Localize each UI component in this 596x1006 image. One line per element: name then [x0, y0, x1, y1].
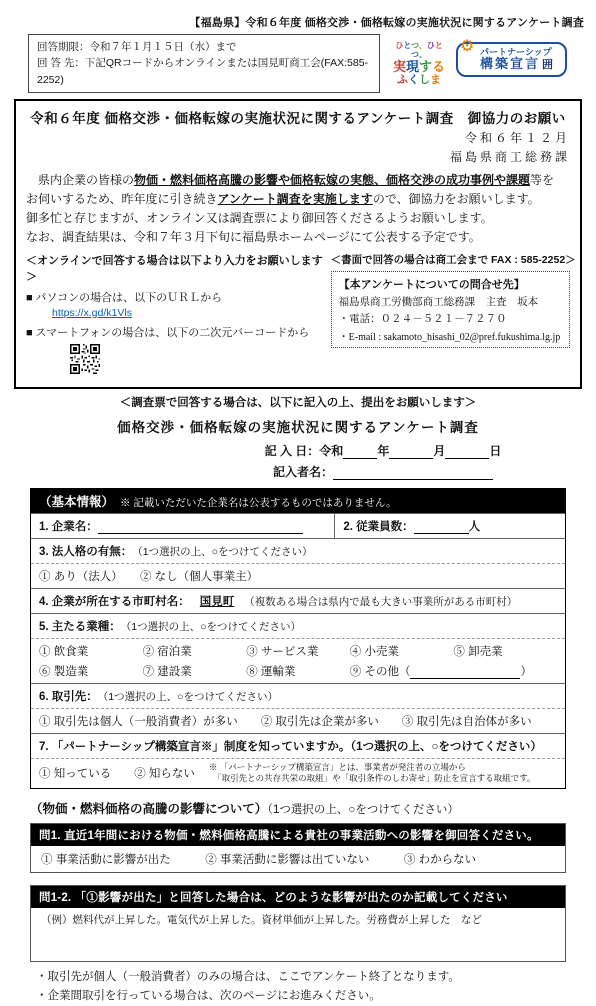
end-note-b2b: ・企業間取引を行っている場合は、次のページにお進みください。 [36, 987, 566, 1006]
contact-email: ・E-mail : sakamoto_hisashi_02@pref.fukus… [339, 328, 562, 343]
question1-bar: 問1. 直近1年間における物価・燃料価格高騰による貴社の事業活動への影響を御回答… [31, 824, 565, 846]
contact-department: 福島県商工労働部商工総務課 主査 坂本 [339, 294, 562, 309]
contact-title: 【本アンケートについての問合せ先】 [339, 276, 562, 292]
qr-code [70, 344, 100, 374]
fill-date-day-blank[interactable] [445, 446, 489, 459]
question1-2-example[interactable]: （例）燃料代が上昇した。電気代が上昇した。資材単価が上昇した。労務費が上昇した … [31, 908, 565, 961]
fill-date-line: 記 入 日：令和年月日 [0, 442, 596, 459]
form-title: 価格交渉・価格転嫁の実施状況に関するアンケート調査 [0, 416, 596, 436]
document-page: { "page": { "top_title": "【福島県】令和６年度 価格交… [0, 0, 596, 1006]
row-company-employees: 1. 企業名： 2. 従業員数：人 [31, 513, 565, 538]
q7-options[interactable]: ① 知っている ② 知らない [39, 765, 195, 781]
q5-options-row2: ⑥ 製造業 ⑦ 建設業 ⑧ 運輸業 ⑨ その他（） [31, 663, 565, 683]
q5-option-2[interactable]: ② 宿泊業 [143, 643, 247, 659]
reply-deadline-box: 回答期限：令和７年１月１５日（水）まで 回 答 先：下記QRコードからオンライン… [28, 34, 380, 93]
q5-option-9[interactable]: ⑨ その他（） [350, 663, 557, 679]
q7-footnote: ※ 「パートナーシップ構築宣言」とは、事業者が発注者の立場から 「取引先との共存… [209, 762, 536, 785]
intro-date: 令和６年１２月 [26, 129, 570, 146]
survey-url-link[interactable]: https://x.gd/k1Vls [52, 307, 132, 319]
logos: ひとつ、ひとつ、 実現する ふくしま ⚙ パートナーシップ 構築宣言囲 [388, 42, 567, 86]
fill-date-month-blank[interactable] [389, 446, 433, 459]
paper-survey-note: ＜調査票で回答する場合は、以下に記入の上、提出をお願いします＞ [0, 394, 596, 410]
partnership-declaration-logo: ⚙ パートナーシップ 構築宣言囲 [456, 42, 567, 77]
gear-icon: ⚙ [460, 38, 474, 56]
question1-options[interactable]: ① 事業活動に影響が出た ② 事業活動に影響は出ていない ③ わからない [31, 846, 565, 872]
written-answer-column: ＜書面で回答の場合は商工会まで FAX : 585-2252＞ 【本アンケートに… [331, 252, 570, 379]
q5-label-row: 5. 主たる業種：（1つ選択の上、○をつけてください） [31, 613, 565, 638]
end-note-consumer: ・取引先が個人（一般消費者）のみの場合は、ここでアンケート終了となります。 [36, 968, 566, 987]
q5-option-7[interactable]: ⑦ 建設業 [143, 663, 247, 679]
online-answer-column: ＜オンラインで回答する場合は以下より入力をお願いします＞ ■ パソコンの場合は、… [26, 252, 331, 379]
q5-option-5[interactable]: ⑤ 卸売業 [453, 643, 557, 659]
q4-municipality-value[interactable]: 国見町 [190, 593, 245, 609]
q3-options-row[interactable]: ① あり（法人） ② なし（個人事業主） [31, 563, 565, 588]
answer-methods: ＜オンラインで回答する場合は以下より入力をお願いします＞ ■ パソコンの場合は、… [26, 252, 570, 379]
question1-2-bar: 問1-2. 「①影響が出た」と回答した場合は、どのような影響が出たのか記載してく… [31, 886, 565, 908]
header-row: 回答期限：令和７年１月１５日（水）まで 回 答 先：下記QRコードからオンライン… [28, 34, 582, 93]
q6-label-row: 6. 取引先：（1つ選択の上、○をつけてください） [31, 683, 565, 708]
fill-name-line: 記入者名： [0, 463, 596, 480]
q5-option-3[interactable]: ③ サービス業 [246, 643, 350, 659]
question1-2-box: 問1-2. 「①影響が出た」と回答した場合は、どのような影響が出たのか記載してく… [30, 885, 566, 962]
q7-options-row: ① 知っている ② 知らない ※ 「パートナーシップ構築宣言」とは、事業者が発注… [31, 758, 565, 789]
q5-option-8[interactable]: ⑧ 運輸業 [246, 663, 350, 679]
intro-paragraph: 県内企業の皆様の物価・燃料価格高騰の影響や価格転嫁の実態、価格交渉の成功事例や課… [26, 171, 570, 248]
intro-title: 令和６年度 価格交渉・価格転嫁の実施状況に関するアンケート調査 御協力のお願い [26, 107, 570, 127]
fax-heading: ＜書面で回答の場合は商工会まで FAX : 585-2252＞ [331, 252, 570, 267]
reply-destination: 回 答 先：下記QRコードからオンラインまたは国見町商工会(FAX:585-22… [37, 55, 371, 88]
basic-info-header: （基本情報） ※ 記載いただいた企業名は公表するものではありません。 [31, 489, 565, 513]
q6-options-row[interactable]: ① 取引先は個人（一般消費者）が多い ② 取引先は企業が多い ③ 取引先は自治体… [31, 708, 565, 733]
reply-deadline: 回答期限：令和７年１月１５日（水）まで [37, 39, 371, 55]
document-header-title: 【福島県】令和６年度 価格交渉・価格転嫁の実施状況に関するアンケート調査 [0, 14, 596, 30]
impact-section-heading: （物価・燃料価格の高騰の影響について）（1つ選択の上、○をつけてください） [30, 799, 566, 817]
intro-department: 福島県商工総務課 [26, 148, 570, 165]
employee-count-field: 2. 従業員数：人 [335, 514, 565, 538]
fukushima-slogan-logo: ひとつ、ひとつ、 実現する ふくしま [388, 42, 450, 86]
pc-instruction: ■ パソコンの場合は、以下のＵＲＬから [26, 289, 331, 305]
company-name-field: 1. 企業名： [31, 514, 335, 538]
q7-label-row: 7. 「パートナーシップ構築宣言※」制度を知っていますか。（1つ選択の上、○をつ… [31, 733, 565, 758]
company-name-blank[interactable] [98, 521, 303, 534]
contact-box: 【本アンケートについての問合せ先】 福島県商工労働部商工総務課 主査 坂本 ・電… [331, 271, 570, 348]
logo-stamp: 囲 [542, 59, 555, 72]
q4-row: 4. 企業が所在する市町村名： 国見町 （複数ある場合は県内で最も大きい事業所が… [31, 588, 565, 613]
online-heading: ＜オンラインで回答する場合は以下より入力をお願いします＞ [26, 252, 331, 284]
smartphone-instruction: ■ スマートフォンの場合は、以下の二次元バーコードから [26, 324, 331, 340]
q5-option-6[interactable]: ⑥ 製造業 [39, 663, 143, 679]
question1-box: 問1. 直近1年間における物価・燃料価格高騰による貴社の事業活動への影響を御回答… [30, 823, 566, 873]
employee-count-blank[interactable] [414, 521, 469, 534]
end-notes: ・取引先が個人（一般消費者）のみの場合は、ここでアンケート終了となります。 ・企… [36, 968, 566, 1006]
q3-label-row: 3. 法人格の有無：（1つ選択の上、○をつけてください） [31, 538, 565, 563]
q5-other-blank[interactable] [410, 666, 520, 679]
q5-option-1[interactable]: ① 飲食業 [39, 643, 143, 659]
survey-url-line: https://x.gd/k1Vls [52, 307, 331, 319]
basic-info-table: （基本情報） ※ 記載いただいた企業名は公表するものではありません。 1. 企業… [30, 488, 566, 790]
intro-box: 令和６年度 価格交渉・価格転嫁の実施状況に関するアンケート調査 御協力のお願い … [14, 99, 582, 389]
fill-name-blank[interactable] [333, 467, 493, 480]
q5-options-row1: ① 飲食業 ② 宿泊業 ③ サービス業 ④ 小売業 ⑤ 卸売業 [31, 638, 565, 663]
q5-option-4[interactable]: ④ 小売業 [350, 643, 454, 659]
fill-date-year-blank[interactable] [343, 446, 377, 459]
contact-phone: ・電話：０２４－５２１－７２７０ [339, 311, 562, 326]
